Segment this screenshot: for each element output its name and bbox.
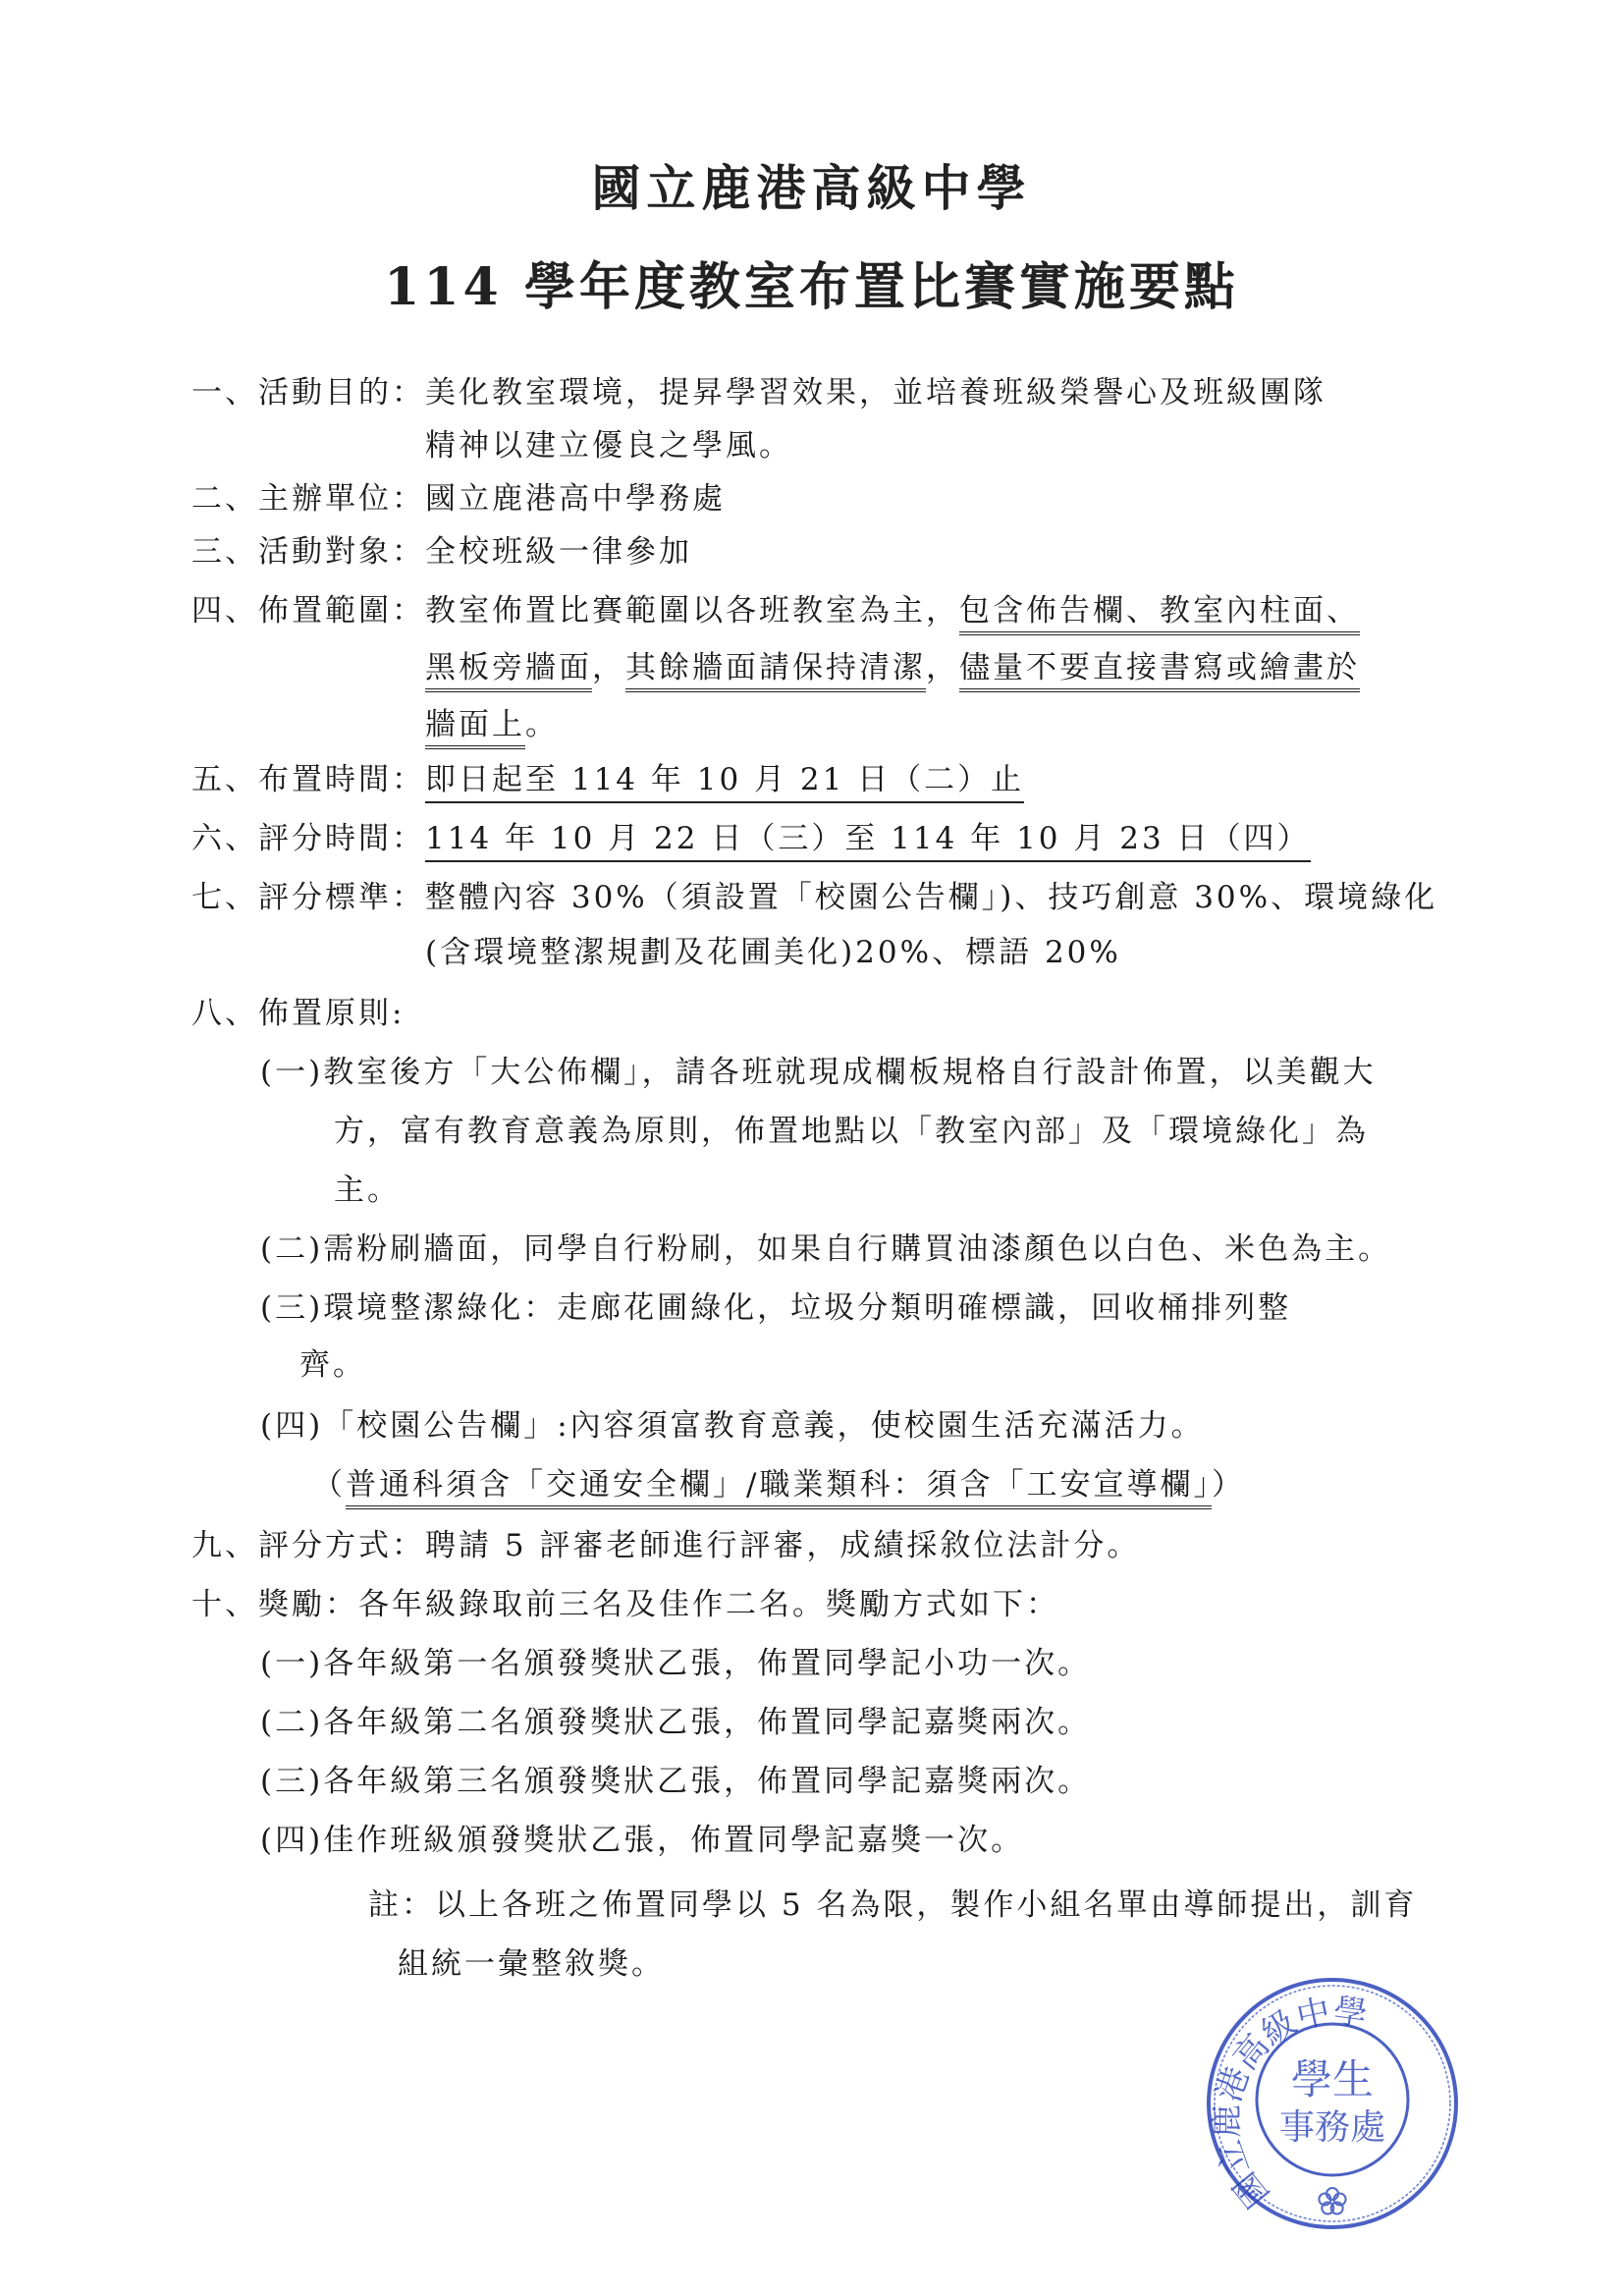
document-page: 國立鹿港高級中學 114 學年度教室布置比賽實施要點 一、活動目的：美化教室環境… bbox=[0, 0, 1623, 2296]
section-6: 六、評分時間：114 年 10 月 22 日（三）至 114 年 10 月 23… bbox=[191, 817, 1311, 860]
underlined-text: 其餘牆面請保持清潔 bbox=[625, 650, 926, 692]
principle-1: (一)教室後方「大公佈欄」，請各班就現成欄板規格自行設計佈置，以美觀大 bbox=[260, 1051, 1377, 1094]
section-label: 五、布置時間： bbox=[191, 758, 425, 801]
section-label: 六、評分時間： bbox=[191, 817, 425, 860]
section-label: 一、活動目的： bbox=[191, 371, 425, 414]
section-7-cont: (含環境整潔規劃及花圃美化)20%、標語 20% bbox=[425, 931, 1121, 974]
underlined-text: 牆面上 bbox=[425, 707, 525, 749]
separator: ， bbox=[592, 650, 625, 685]
section-text: 全校班級一律參加 bbox=[425, 534, 692, 570]
section-2: 二、主辦單位：國立鹿港高中學務處 bbox=[191, 477, 726, 520]
section-label: 七、評分標準： bbox=[191, 876, 425, 919]
section-1-cont: 精神以建立優良之學風。 bbox=[425, 424, 792, 467]
section-label: 九、評分方式： bbox=[191, 1524, 425, 1567]
award-2: (二)各年級第二名頒發獎狀乙張，佈置同學記嘉獎兩次。 bbox=[260, 1701, 1091, 1744]
document-title: 114 學年度教室布置比賽實施要點 bbox=[0, 246, 1623, 319]
section-text: 114 年 10 月 22 日（三）至 114 年 10 月 23 日（四） bbox=[425, 821, 1311, 862]
section-7: 七、評分標準：整體內容 30%（須設置「校園公告欄」)、技巧創意 30%、環境綠… bbox=[191, 876, 1437, 919]
underlined-text: 黑板旁牆面 bbox=[425, 650, 592, 692]
section-label: 十、獎勵： bbox=[191, 1587, 358, 1622]
school-name: 國立鹿港高級中學 bbox=[0, 149, 1623, 220]
section-4-cont: 黑板旁牆面，其餘牆面請保持清潔，儘量不要直接書寫或繪畫於 bbox=[425, 646, 1360, 689]
underlined-text: 普通科須含「交通安全欄」/職業類科：須含「工安宣導欄」 bbox=[346, 1467, 1212, 1509]
section-label: 二、主辦單位： bbox=[191, 477, 425, 520]
section-text: 美化教室環境，提昇學習效果，並培養班級榮譽心及班級團隊 bbox=[425, 375, 1326, 410]
principle-2: (二)需粉刷牆面，同學自行粉刷，如果自行購買油漆顏色以白色、米色為主。 bbox=[260, 1228, 1391, 1271]
seal-center-line1: 學生 bbox=[1291, 2055, 1374, 2104]
section-text: 即日起至 114 年 10 月 21 日（二）止 bbox=[425, 762, 1024, 803]
section-text: 教室佈置比賽範圍以各班教室為主， bbox=[425, 593, 959, 629]
section-4-cont2: 牆面上。 bbox=[425, 703, 559, 746]
section-text: 整體內容 30%（須設置「校園公告欄」)、技巧創意 30%、環境綠化 bbox=[425, 880, 1437, 915]
section-5: 五、布置時間：即日起至 114 年 10 月 21 日（二）止 bbox=[191, 758, 1024, 801]
section-10: 十、獎勵：各年級錄取前三名及佳作二名。獎勵方式如下： bbox=[191, 1583, 1059, 1626]
section-1: 一、活動目的：美化教室環境，提昇學習效果，並培養班級榮譽心及班級團隊 bbox=[191, 371, 1326, 414]
section-text: 各年級錄取前三名及佳作二名。獎勵方式如下： bbox=[358, 1587, 1059, 1622]
section-text: 國立鹿港高中學務處 bbox=[425, 481, 726, 517]
separator: ， bbox=[926, 650, 959, 685]
award-3: (三)各年級第三名頒發獎狀乙張，佈置同學記嘉獎兩次。 bbox=[260, 1760, 1091, 1803]
paren: （ bbox=[312, 1467, 346, 1503]
period: 。 bbox=[525, 707, 559, 742]
section-text: 聘請 5 評審老師進行評審，成績採敘位法計分。 bbox=[425, 1528, 1140, 1563]
principle-4-note: （普通科須含「交通安全欄」/職業類科：須含「工安宣導欄」） bbox=[312, 1463, 1245, 1506]
award-1: (一)各年級第一名頒發獎狀乙張，佈置同學記小功一次。 bbox=[260, 1642, 1091, 1685]
award-note-cont: 組統一彙整敘獎。 bbox=[398, 1942, 665, 1986]
section-label: 四、佈置範圍： bbox=[191, 589, 425, 632]
award-note: 註：以上各班之佈置同學以 5 名為限，製作小組名單由導師提出，訓育 bbox=[368, 1884, 1417, 1927]
official-seal-stamp: 國立鹿港高級中學 學生 事務處 bbox=[1203, 1974, 1463, 2234]
plum-blossom-icon bbox=[1319, 2188, 1345, 2214]
section-9: 九、評分方式：聘請 5 評審老師進行評審，成績採敘位法計分。 bbox=[191, 1524, 1140, 1567]
section-8: 八、佈置原則: bbox=[191, 992, 405, 1035]
section-4: 四、佈置範圍：教室佈置比賽範圍以各班教室為主，包含佈告欄、教室內柱面、 bbox=[191, 589, 1360, 632]
section-3: 三、活動對象：全校班級一律參加 bbox=[191, 530, 692, 574]
principle-4: (四)「校園公告欄」:內容須富教育意義，使校園生活充滿活力。 bbox=[260, 1404, 1205, 1448]
section-label: 三、活動對象： bbox=[191, 530, 425, 574]
underlined-text: 儘量不要直接書寫或繪畫於 bbox=[959, 650, 1360, 692]
principle-3-cont: 齊。 bbox=[299, 1343, 366, 1387]
award-4: (四)佳作班級頒發獎狀乙張，佈置同學記嘉獎一次。 bbox=[260, 1819, 1024, 1862]
paren: ） bbox=[1212, 1467, 1245, 1503]
principle-3: (三)環境整潔綠化：走廊花圃綠化，垃圾分類明確標識，回收桶排列整 bbox=[260, 1286, 1291, 1330]
underlined-text: 包含佈告欄、教室內柱面、 bbox=[959, 593, 1360, 635]
principle-1-cont2: 主。 bbox=[334, 1169, 401, 1212]
seal-center-line2: 事務處 bbox=[1279, 2107, 1385, 2148]
principle-1-cont: 方，富有教育意義為原則，佈置地點以「教室內部」及「環境綠化」為 bbox=[334, 1110, 1369, 1153]
